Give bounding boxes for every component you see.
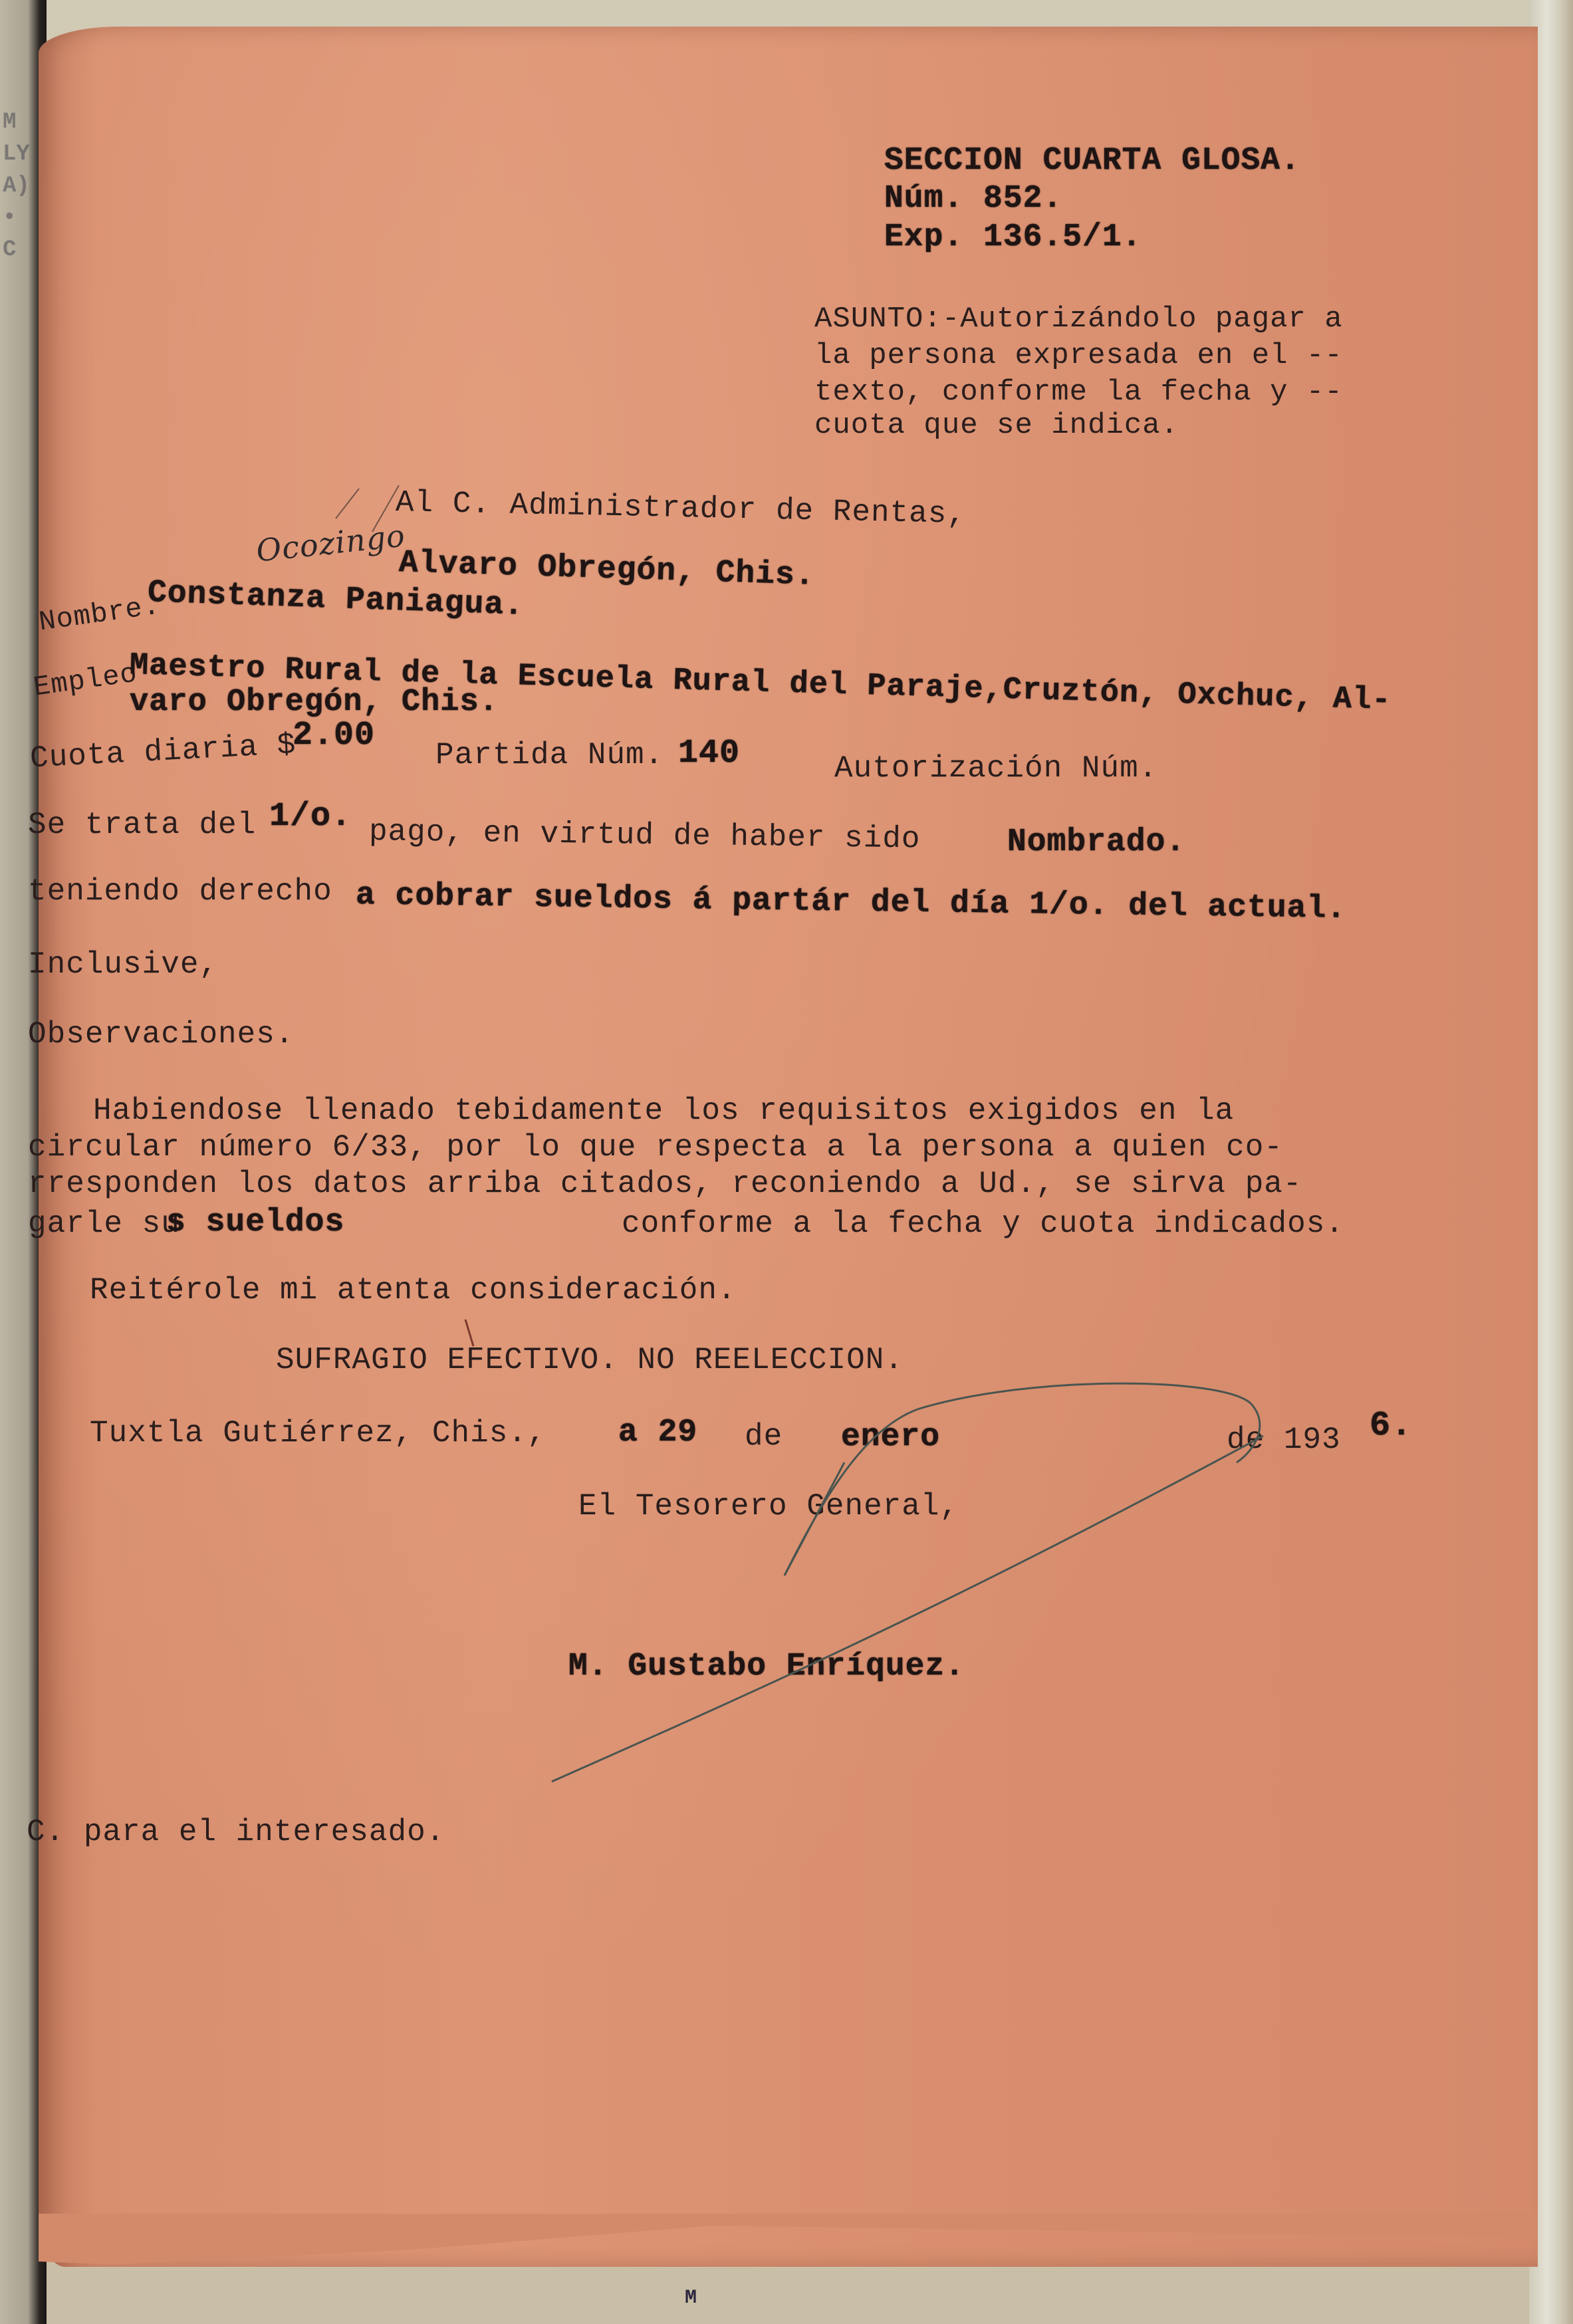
signature-pen-strokes xyxy=(0,0,1573,2324)
